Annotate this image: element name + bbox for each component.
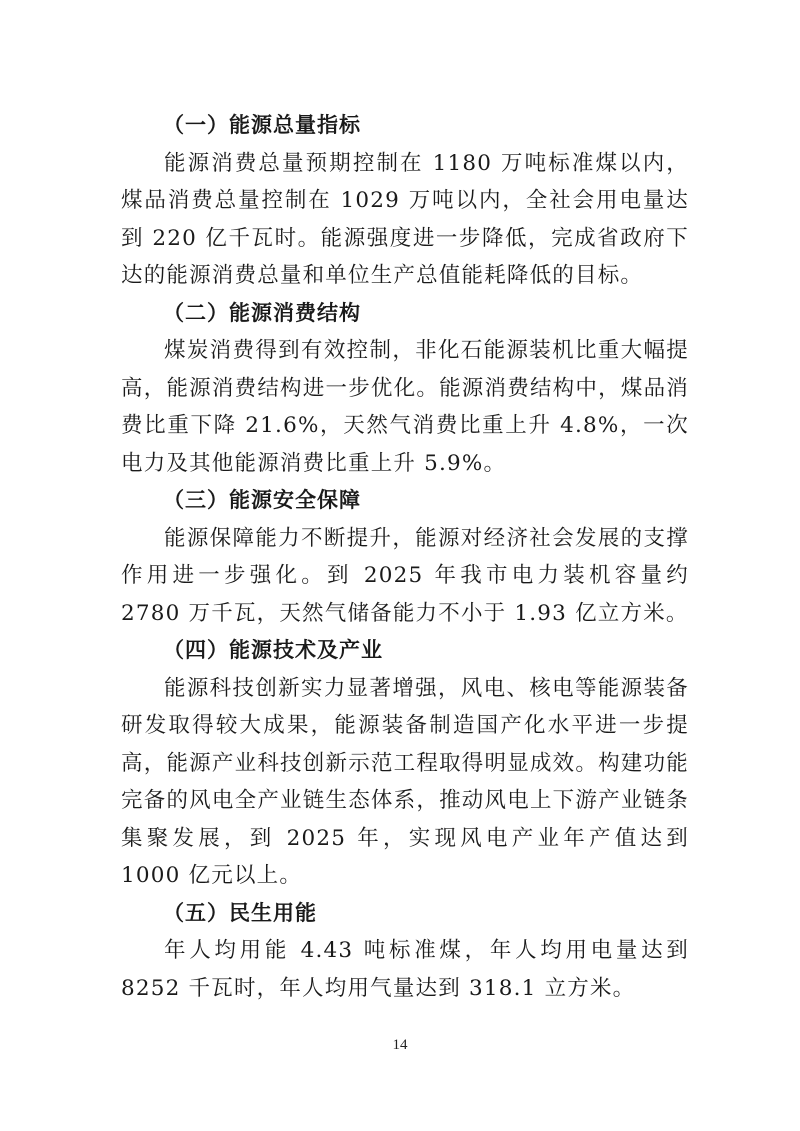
- section-body-energy-total: 能源消费总量预期控制在 1180 万吨标准煤以内，煤品消费总量控制在 1029 …: [121, 145, 689, 295]
- document-page: （一）能源总量指标 能源消费总量预期控制在 1180 万吨标准煤以内，煤品消费总…: [121, 107, 689, 1007]
- section-heading-energy-security: （三）能源安全保障: [121, 482, 689, 520]
- section-body-tech-industry: 能源科技创新实力显著增强，风电、核电等能源装备研发取得较大成果，能源装备制造国产…: [121, 670, 689, 895]
- section-heading-consumption-structure: （二）能源消费结构: [121, 295, 689, 333]
- page-number: 14: [0, 1037, 800, 1054]
- section-heading-tech-industry: （四）能源技术及产业: [121, 632, 689, 670]
- section-body-consumption-structure: 煤炭消费得到有效控制，非化石能源装机比重大幅提高，能源消费结构进一步优化。能源消…: [121, 332, 689, 482]
- section-heading-energy-total: （一）能源总量指标: [121, 107, 689, 145]
- section-body-livelihood-energy: 年人均用能 4.43 吨标准煤，年人均用电量达到 8252 千瓦时，年人均用气量…: [121, 932, 689, 1007]
- section-heading-livelihood-energy: （五）民生用能: [121, 895, 689, 933]
- section-body-energy-security: 能源保障能力不断提升，能源对经济社会发展的支撑作用进一步强化。到 2025 年我…: [121, 520, 689, 633]
